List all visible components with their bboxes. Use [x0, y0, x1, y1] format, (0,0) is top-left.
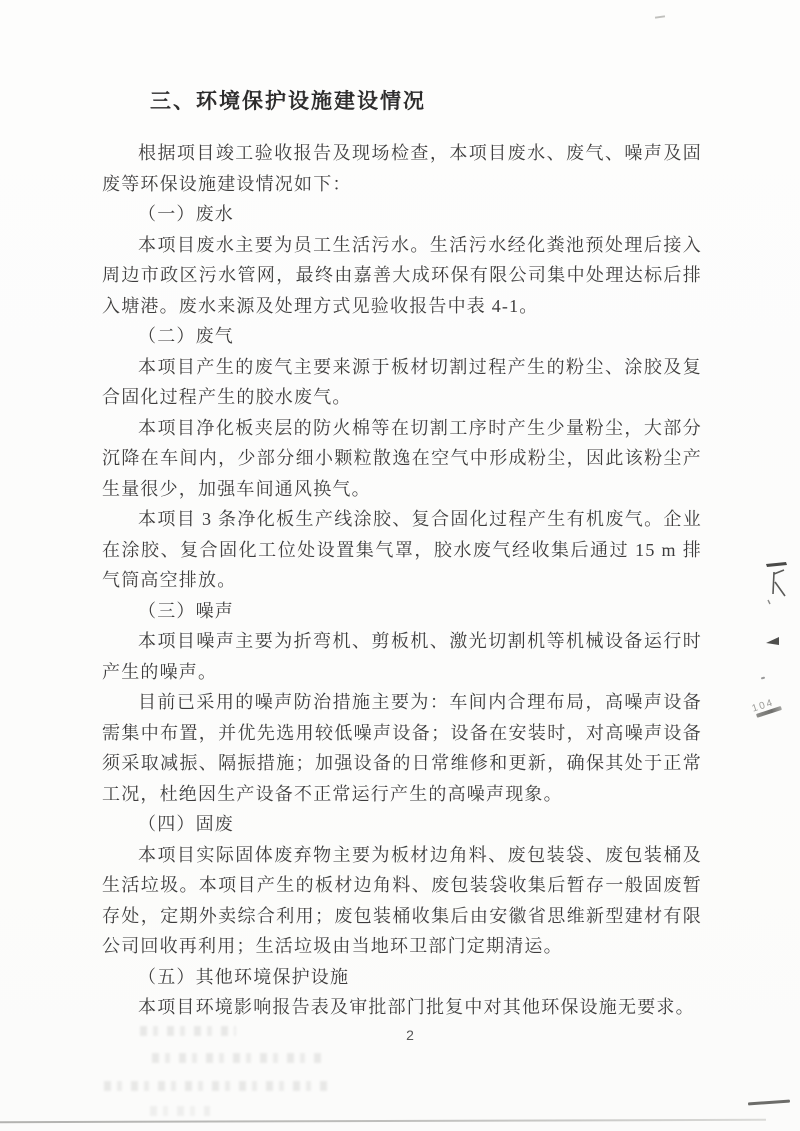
- bleed-through-text-1: [140, 1026, 236, 1036]
- page-number: 2: [400, 1027, 420, 1043]
- bleed-through-text-4: [150, 1106, 210, 1116]
- subsection-noise: （三）噪声: [102, 596, 702, 627]
- document-body: 三、环境保护设施建设情况 根据项目竣工验收报告及现场检查，本项目废水、废气、噪声…: [102, 86, 702, 1023]
- intro-paragraph: 根据项目竣工验收报告及现场检查，本项目废水、废气、噪声及固废等环保设施建设情况如…: [102, 138, 702, 199]
- paragraph-wastegas-2: 本项目净化板夹层的防火棉等在切割工序时产生少量粉尘，大部分沉降在车间内，少部分细…: [102, 413, 702, 505]
- paragraph-noise-1: 本项目噪声主要为折弯机、剪板机、激光切割机等机械设备运行时产生的噪声。: [102, 626, 702, 687]
- scan-edge-line: [0, 1119, 766, 1123]
- subsection-wastewater: （一）废水: [102, 199, 702, 230]
- subsection-wastegas: （二）废气: [102, 321, 702, 352]
- margin-scribble-mark: [760, 560, 794, 618]
- paragraph-wastegas-1: 本项目产生的废气主要来源于板材切割过程产生的粉尘、涂胶及复合固化过程产生的胶水废…: [102, 352, 702, 413]
- margin-dot-mark: [761, 677, 765, 680]
- subsection-other: （五）其他环境保护设施: [102, 962, 702, 993]
- scanned-document-page: 三、环境保护设施建设情况 根据项目竣工验收报告及现场检查，本项目废水、废气、噪声…: [0, 0, 800, 1131]
- paragraph-wastegas-3: 本项目 3 条净化板生产线涂胶、复合固化过程产生有机废气。企业在涂胶、复合固化工…: [102, 504, 702, 596]
- bottom-right-dash-mark: [748, 1100, 790, 1106]
- paragraph-solidwaste: 本项目实际固体废弃物主要为板材边角料、废包装袋、废包装桶及生活垃圾。本项目产生的…: [102, 840, 702, 962]
- bleed-through-text-3: [104, 1081, 332, 1091]
- paragraph-noise-2: 目前已采用的噪声防治措施主要为：车间内合理布局，高噪声设备需集中布置，并优先选用…: [102, 687, 702, 809]
- subsection-solidwaste: （四）固废: [102, 809, 702, 840]
- paragraph-other: 本项目环境影响报告表及审批部门批复中对其他环保设施无要求。: [102, 992, 702, 1023]
- bleed-through-text-2: [152, 1053, 324, 1063]
- top-speck-mark: [655, 15, 665, 18]
- section-heading: 三、环境保护设施建设情况: [102, 86, 702, 116]
- paragraph-wastewater: 本项目废水主要为员工生活污水。生活污水经化粪池预处理后接入周边市政区污水管网，最…: [102, 230, 702, 322]
- margin-edge-number: 104: [751, 691, 800, 731]
- margin-wedge-mark: [765, 636, 781, 648]
